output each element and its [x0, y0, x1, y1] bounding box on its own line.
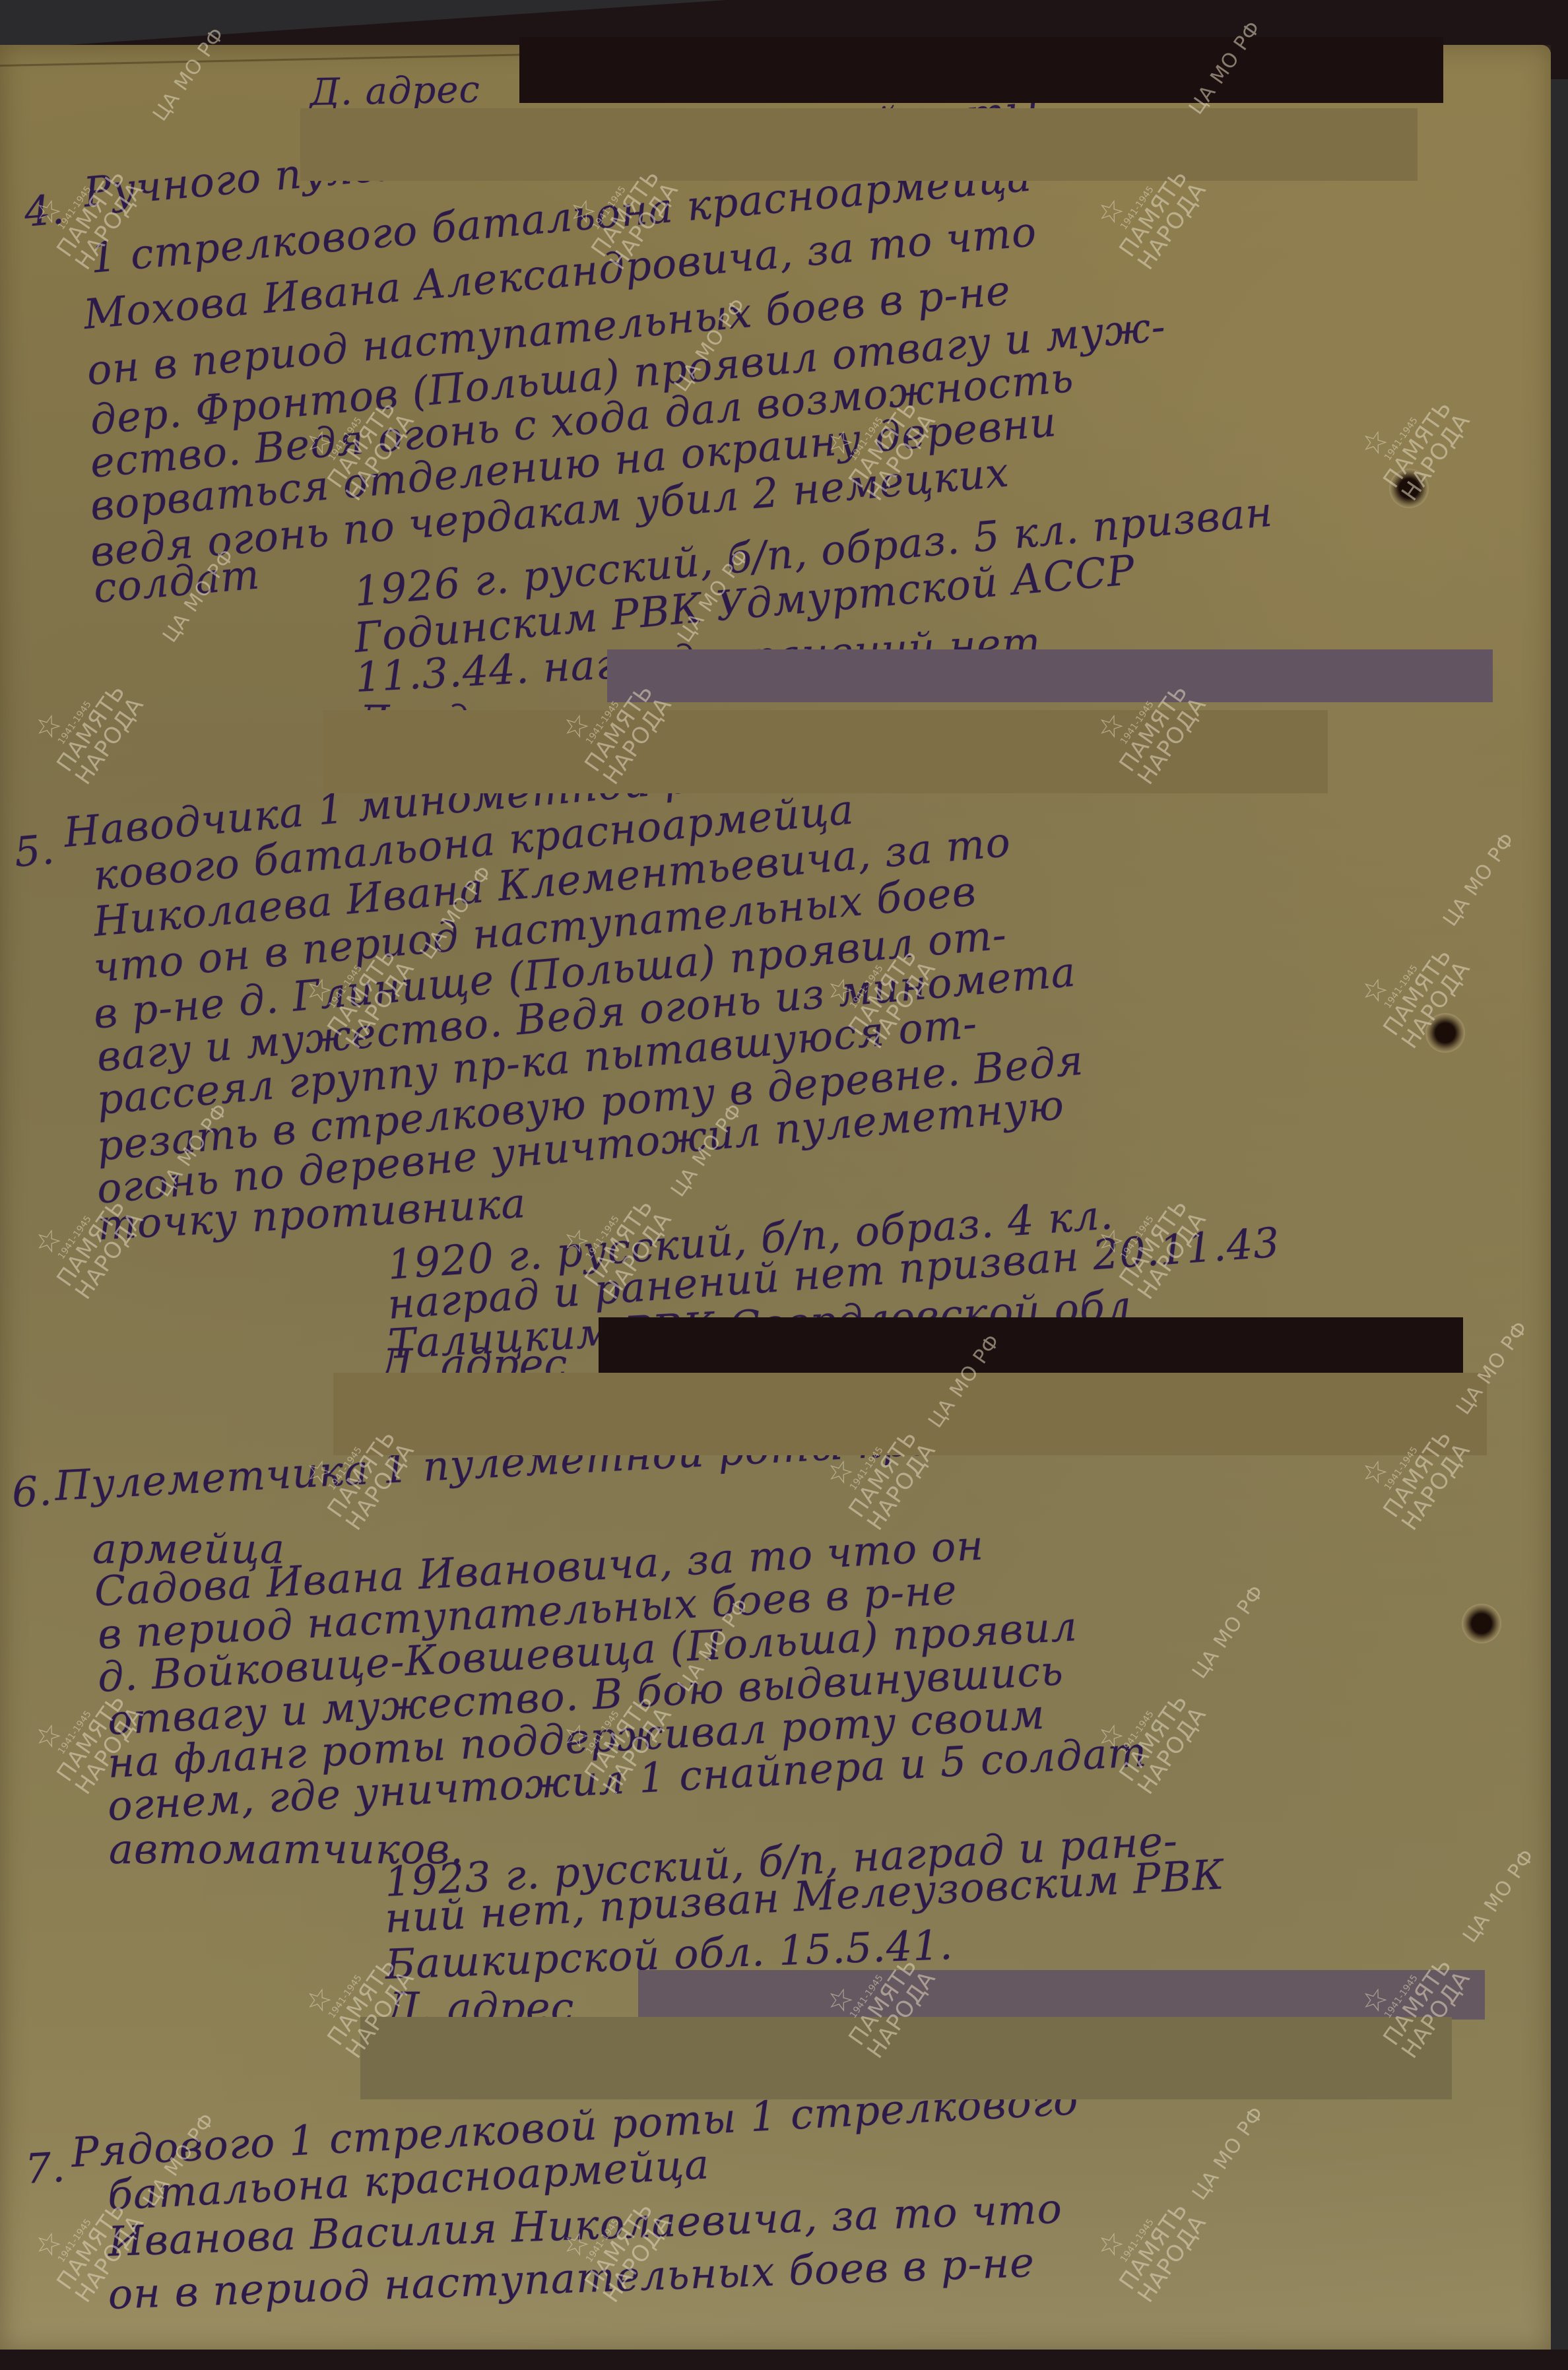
redaction-box: [519, 37, 1443, 103]
redaction-box: [333, 1373, 1487, 1455]
redaction-box: [300, 108, 1418, 181]
entry-number: 5.: [13, 825, 57, 876]
redaction-box: [607, 649, 1493, 702]
entry-number: 6.: [11, 1466, 53, 1517]
redaction-box: [323, 710, 1328, 793]
entry-number: 4.: [22, 185, 67, 236]
header-address-label: Д. адрес: [310, 69, 480, 114]
redaction-box: [599, 1317, 1463, 1373]
redaction-box: [360, 2017, 1452, 2099]
paper-hole: [1389, 469, 1429, 508]
redaction-box: [638, 1970, 1485, 2020]
entry-number: 7.: [24, 2143, 67, 2193]
paper-hole: [1462, 1604, 1501, 1643]
paper-hole: [1425, 1013, 1465, 1053]
scan-background-bottom: [0, 2350, 1568, 2370]
